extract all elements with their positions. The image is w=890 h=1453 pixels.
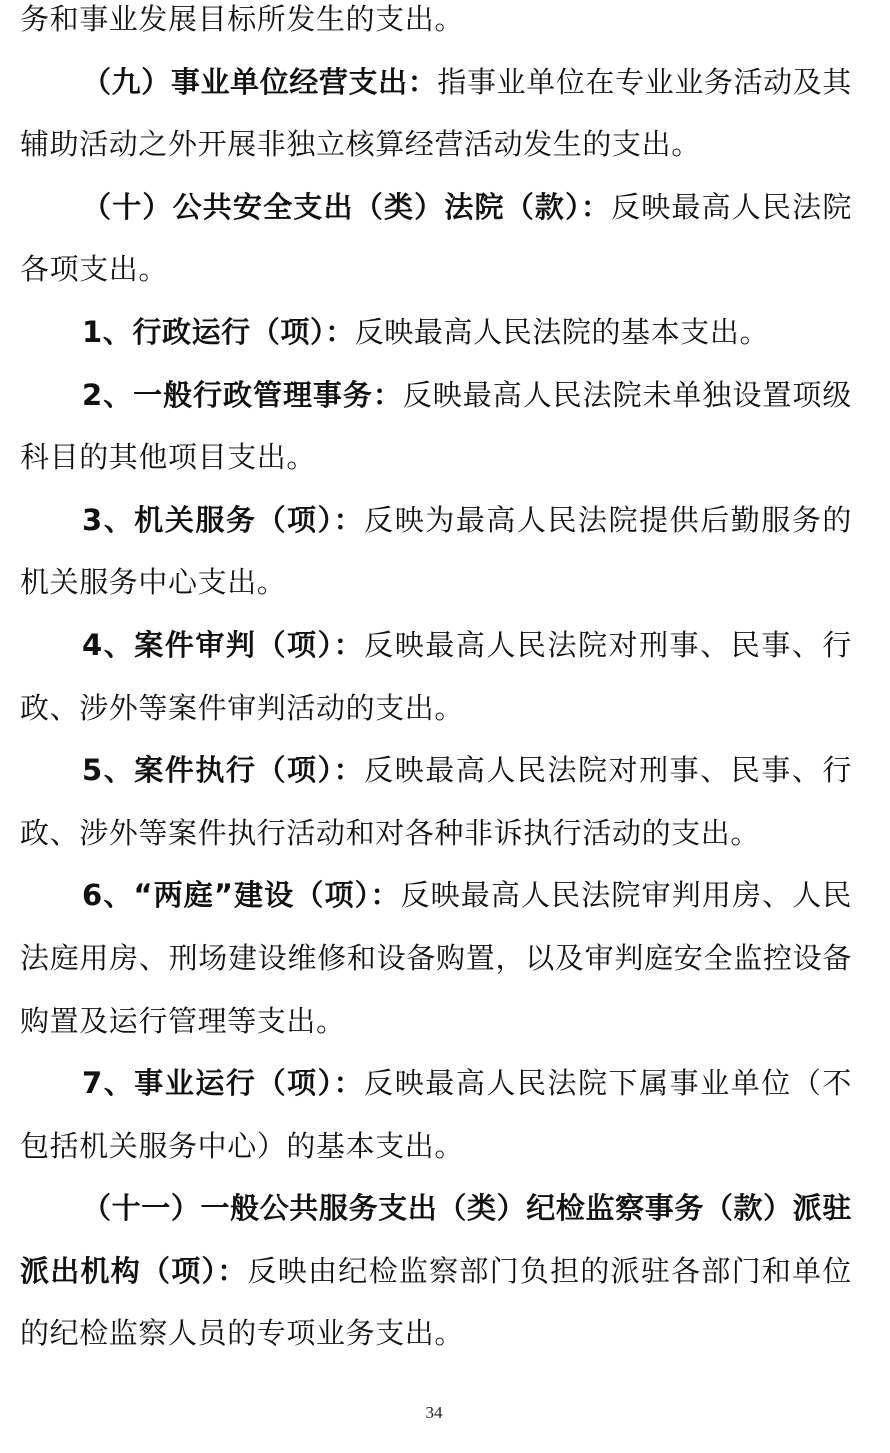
paragraph-item-7: 7、事业运行（项）：反映最高人民法院下属事业单位（不包括机关服务中心）的基本支出… (20, 1052, 852, 1177)
paragraph-item-1: 1、行政运行（项）：反映最高人民法院的基本支出。 (20, 301, 852, 364)
paragraph-heading: 2、一般行政管理事务： (82, 378, 403, 412)
paragraph-heading: 7、事业运行（项）： (82, 1066, 364, 1100)
paragraph-text: 务和事业发展目标所发生的支出。 (20, 2, 464, 36)
paragraph-heading: 3、机关服务（项）： (82, 503, 364, 537)
paragraph-heading: （九）事业单位经营支出： (82, 65, 437, 99)
page-number: 34 (0, 1403, 868, 1423)
paragraph-item-2: 2、一般行政管理事务：反映最高人民法院未单独设置项级科目的其他项目支出。 (20, 364, 852, 489)
paragraph-heading: 5、案件执行（项）： (82, 753, 364, 787)
paragraph-heading: （十）公共安全支出（类）法院（款）： (82, 190, 611, 224)
paragraph-item-5: 5、案件执行（项）：反映最高人民法院对刑事、民事、行政、涉外等案件执行活动和对各… (20, 739, 852, 864)
document-page: 务和事业发展目标所发生的支出。 （九）事业单位经营支出：指事业单位在专业业务活动… (20, 0, 852, 1365)
paragraph-section-11: （十一）一般公共服务支出（类）纪检监察事务（款）派驻派出机构（项）：反映由纪检监… (20, 1177, 852, 1365)
paragraph-item-4: 4、案件审判（项）：反映最高人民法院对刑事、民事、行政、涉外等案件审判活动的支出… (20, 614, 852, 739)
paragraph-heading: 6、“两庭”建设（项）： (82, 878, 400, 912)
paragraph-continuation: 务和事业发展目标所发生的支出。 (20, 0, 852, 51)
paragraph-text: 反映最高人民法院的基本支出。 (355, 315, 769, 349)
paragraph-heading: 1、行政运行（项）： (82, 315, 355, 349)
paragraph-section-10: （十）公共安全支出（类）法院（款）：反映最高人民法院各项支出。 (20, 176, 852, 301)
paragraph-item-3: 3、机关服务（项）：反映为最高人民法院提供后勤服务的机关服务中心支出。 (20, 489, 852, 614)
paragraph-item-6: 6、“两庭”建设（项）：反映最高人民法院审判用房、人民法庭用房、刑场建设维修和设… (20, 864, 852, 1052)
paragraph-section-9: （九）事业单位经营支出：指事业单位在专业业务活动及其辅助活动之外开展非独立核算经… (20, 51, 852, 176)
paragraph-heading: 4、案件审判（项）： (82, 628, 364, 662)
